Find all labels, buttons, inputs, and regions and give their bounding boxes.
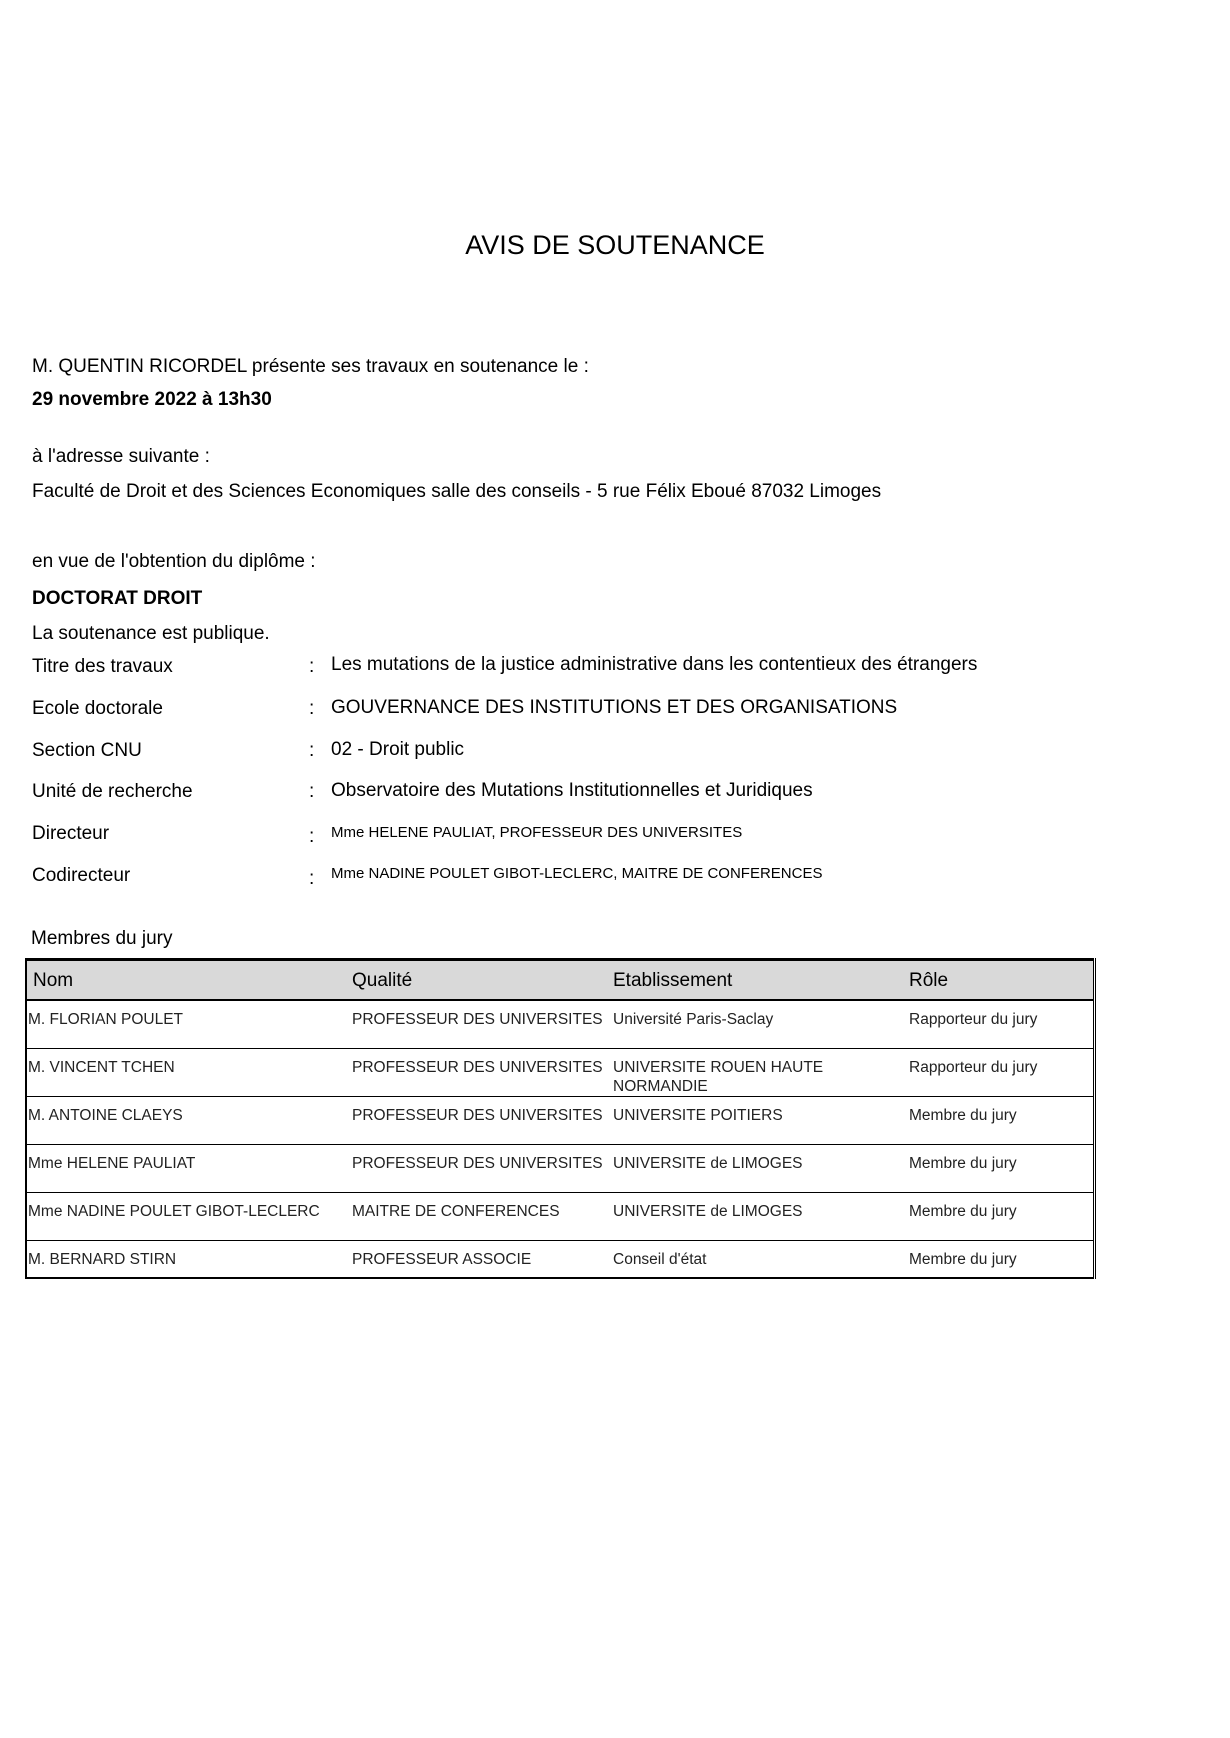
field-label: Unité de recherche [32,781,193,803]
jury-etablissement: Université Paris-Saclay [609,1000,909,1049]
jury-table: Nom Qualité Etablissement Rôle M. FLORIA… [25,958,1096,1279]
jury-role: Membre du jury [909,1097,1094,1145]
column-header-role: Rôle [909,960,1094,1001]
column-header-qualite: Qualité [344,960,609,1001]
field-label: Directeur [32,823,109,845]
field-separator: : [309,698,314,720]
jury-etablissement: UNIVERSITE POITIERS [609,1097,909,1145]
jury-name: M. FLORIAN POULET [26,1000,344,1049]
jury-etablissement: UNIVERSITE de LIMOGES [609,1193,909,1241]
jury-role: Rapporteur du jury [909,1000,1094,1049]
public-notice: La soutenance est publique. [32,623,270,645]
table-row: Mme HELENE PAULIATPROFESSEUR DES UNIVERS… [26,1145,1094,1193]
table-row: M. ANTOINE CLAEYSPROFESSEUR DES UNIVERSI… [26,1097,1094,1145]
page-title: AVIS DE SOUTENANCE [0,230,1230,261]
field-label: Ecole doctorale [32,698,163,720]
field-value: Observatoire des Mutations Institutionne… [331,780,813,802]
table-row: M. VINCENT TCHENPROFESSEUR DES UNIVERSIT… [26,1049,1094,1097]
address-label: à l'adresse suivante : [32,446,210,468]
jury-etablissement: UNIVERSITE de LIMOGES [609,1145,909,1193]
column-header-etablissement: Etablissement [609,960,909,1001]
candidate-intro: M. QUENTIN RICORDEL présente ses travaux… [32,356,589,378]
field-separator: : [309,656,314,678]
defense-date: 29 novembre 2022 à 13h30 [32,389,272,411]
jury-etablissement: UNIVERSITE ROUEN HAUTE NORMANDIE [609,1049,909,1097]
jury-qualite: PROFESSEUR DES UNIVERSITES [344,1145,609,1193]
jury-qualite: MAITRE DE CONFERENCES [344,1193,609,1241]
jury-qualite: PROFESSEUR ASSOCIE [344,1241,609,1279]
table-row: Mme NADINE POULET GIBOT-LECLERCMAITRE DE… [26,1193,1094,1241]
jury-name: M. BERNARD STIRN [26,1241,344,1279]
jury-qualite: PROFESSEUR DES UNIVERSITES [344,1097,609,1145]
table-row: M. FLORIAN POULETPROFESSEUR DES UNIVERSI… [26,1000,1094,1049]
diploma-label: en vue de l'obtention du diplôme : [32,551,316,573]
field-value: Mme HELENE PAULIAT, PROFESSEUR DES UNIVE… [331,824,742,841]
jury-header-row: Nom Qualité Etablissement Rôle [26,960,1094,1001]
field-label: Codirecteur [32,865,130,887]
jury-role: Rapporteur du jury [909,1049,1094,1097]
field-label: Titre des travaux [32,656,173,678]
field-value: GOUVERNANCE DES INSTITUTIONS ET DES ORGA… [331,697,897,719]
field-value: Les mutations de la justice administrati… [331,654,977,676]
jury-qualite: PROFESSEUR DES UNIVERSITES [344,1000,609,1049]
field-separator: : [309,781,314,803]
jury-name: Mme NADINE POULET GIBOT-LECLERC [26,1193,344,1241]
jury-name: Mme HELENE PAULIAT [26,1145,344,1193]
field-value: 02 - Droit public [331,739,464,761]
jury-name: M. ANTOINE CLAEYS [26,1097,344,1145]
field-label: Section CNU [32,740,142,762]
jury-role: Membre du jury [909,1193,1094,1241]
jury-role: Membre du jury [909,1145,1094,1193]
field-separator: : [309,740,314,762]
jury-role: Membre du jury [909,1241,1094,1279]
jury-etablissement: Conseil d'état [609,1241,909,1279]
field-separator: : [309,826,314,848]
jury-name: M. VINCENT TCHEN [26,1049,344,1097]
field-separator: : [309,868,314,890]
field-value: Mme NADINE POULET GIBOT-LECLERC, MAITRE … [331,865,822,882]
table-row: M. BERNARD STIRNPROFESSEUR ASSOCIEConsei… [26,1241,1094,1279]
jury-qualite: PROFESSEUR DES UNIVERSITES [344,1049,609,1097]
jury-title: Membres du jury [31,928,173,950]
address: Faculté de Droit et des Sciences Economi… [32,481,881,503]
column-header-nom: Nom [26,960,344,1001]
diploma: DOCTORAT DROIT [32,588,202,610]
